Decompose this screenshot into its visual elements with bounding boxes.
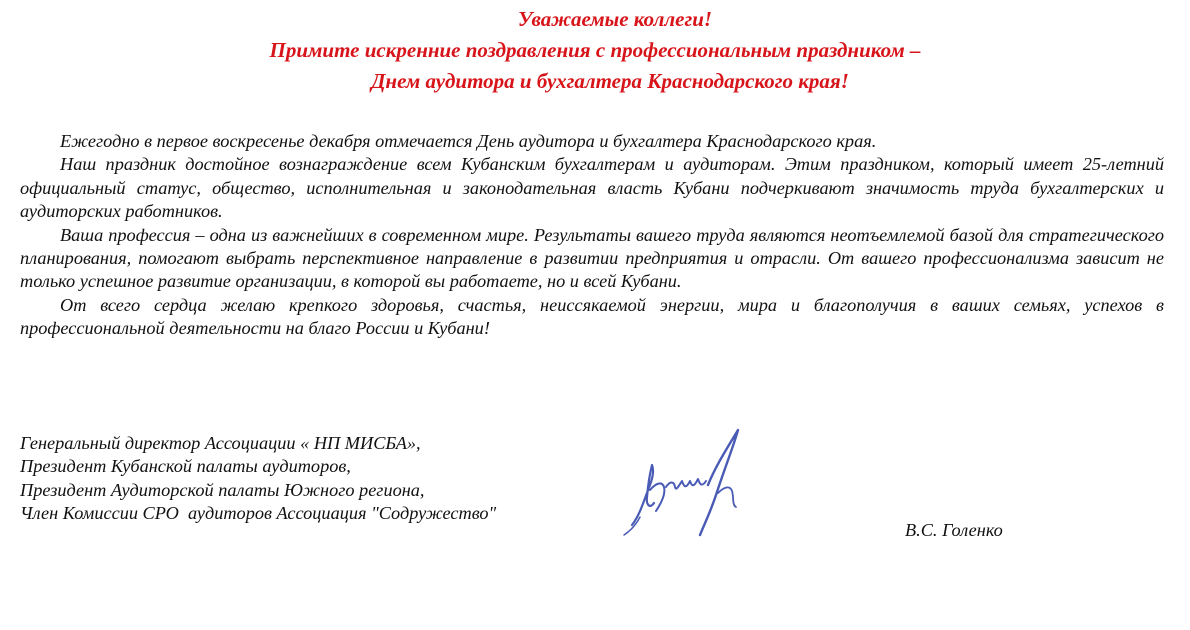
signer-name: В.С. Голенко xyxy=(905,519,1003,542)
paragraph-1: Ежегодно в первое воскресенье декабря от… xyxy=(20,130,1164,153)
greeting-salutation: Уважаемые коллеги! xyxy=(0,4,1190,35)
paragraph-2: Наш праздник достойное вознаграждение вс… xyxy=(20,153,1164,223)
signer-title-2: Президент Кубанской палаты аудиторов, xyxy=(20,455,496,478)
greeting-header: Уважаемые коллеги! Примите искренние поз… xyxy=(0,4,1190,97)
greeting-holiday-name: Днем аудитора и бухгалтера Краснодарског… xyxy=(0,66,1190,97)
handwritten-signature-icon xyxy=(620,425,820,545)
signer-title-3: Президент Аудиторской палаты Южного реги… xyxy=(20,479,496,502)
letter-body: Ежегодно в первое воскресенье декабря от… xyxy=(20,130,1164,341)
signer-title-1: Генеральный директор Ассоциации « НП МИС… xyxy=(20,432,496,455)
greeting-congratulation: Примите искренние поздравления с професс… xyxy=(0,35,1190,66)
paragraph-4: От всего сердца желаю крепкого здоровья,… xyxy=(20,294,1164,341)
signer-titles: Генеральный директор Ассоциации « НП МИС… xyxy=(20,432,496,526)
paragraph-3: Ваша профессия – одна из важнейших в сов… xyxy=(20,224,1164,294)
signer-title-4: Член Комиссии СРО аудиторов Ассоциация "… xyxy=(20,502,496,525)
